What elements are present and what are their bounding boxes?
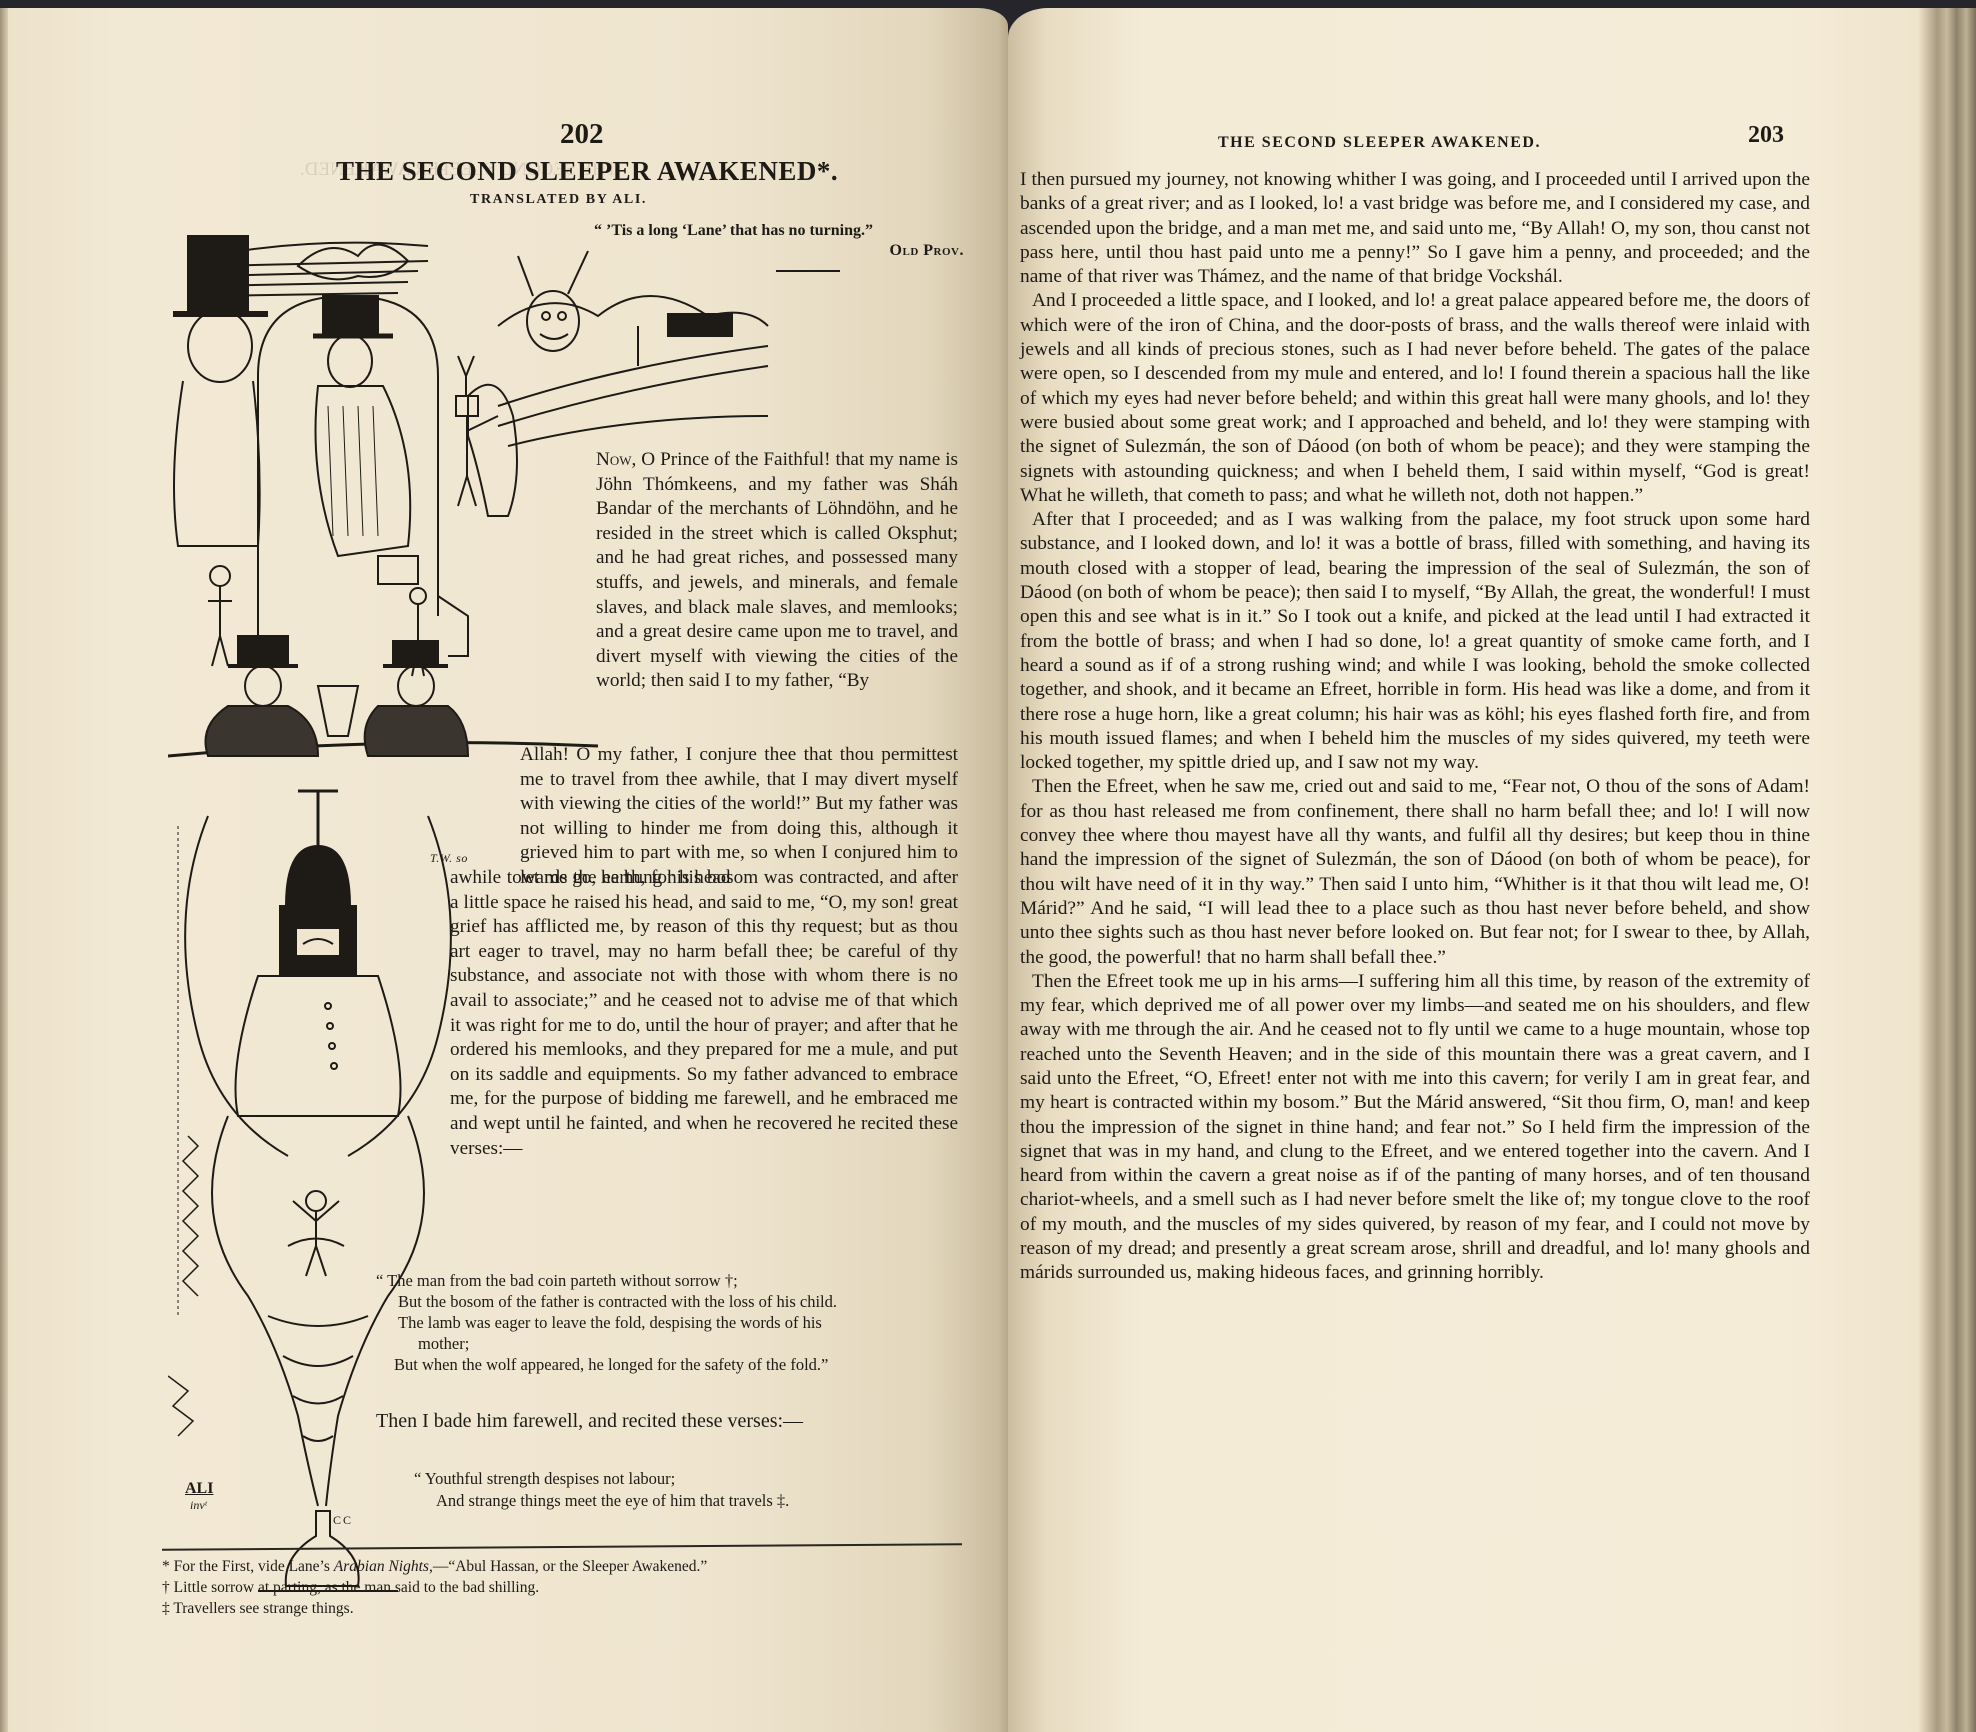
- verse-line: But when the wolf appeared, he longed fo…: [376, 1354, 956, 1375]
- paragraph: I then pursued my journey, not knowing w…: [1020, 168, 1810, 289]
- illustrator-signature: T.W. so: [430, 851, 468, 866]
- footnote-3: ‡ Travellers see strange things.: [162, 1598, 982, 1619]
- right-page: THE SECOND SLEEPER AWAKENED. 203 I then …: [1008, 8, 1976, 1732]
- chapter-subtitle: TRANSLATED BY ALI.: [470, 192, 647, 208]
- body-text: I then pursued my journey, not knowing w…: [1020, 168, 1810, 1286]
- verse-line: “ Youthful strength despises not labour;: [414, 1468, 789, 1490]
- page-number: 203: [1748, 122, 1784, 149]
- footnote-mark: ‡: [162, 1600, 170, 1617]
- footnote-italic-title: Arabian Nights: [334, 1558, 429, 1575]
- paragraph: Then the Efreet took me up in his arms—I…: [1020, 970, 1810, 1286]
- paragraph: After that I proceeded; and as I was wal…: [1020, 508, 1810, 775]
- chapter-title: THE SECOND SLEEPER AWAKENED*.: [336, 156, 838, 187]
- body-text-column-c: awhile towards the earth, for his bosom …: [450, 866, 958, 1161]
- left-page: THE SECOND SLEEPER AWAKENED. 202 THE SEC…: [0, 8, 1008, 1732]
- footnotes: * For the First, vide Lane’s Arabian Nig…: [162, 1556, 982, 1619]
- verse-line: But the bosom of the father is contracte…: [376, 1291, 956, 1312]
- footnote-mark: *.: [817, 156, 838, 186]
- page-edge: [0, 8, 8, 1732]
- footnote-2: † Little sorrow at parting, as the man s…: [162, 1577, 982, 1598]
- body-text: O Prince of the Faithful! that my name i…: [596, 449, 958, 691]
- body-text: awhile towards the earth, for his bosom …: [450, 866, 958, 1161]
- footnote-1: * For the First, vide Lane’s Arabian Nig…: [162, 1556, 982, 1577]
- farewell-line: Then I bade him farewell, and recited th…: [376, 1410, 803, 1433]
- verse-line: And strange things meet the eye of him t…: [414, 1490, 789, 1512]
- paragraph: Then the Efreet, when he saw me, cried o…: [1020, 775, 1810, 969]
- verse-block-2: “ Youthful strength despises not labour;…: [414, 1468, 789, 1512]
- opening-word: Now,: [596, 449, 636, 470]
- verse-line: “ The man from the bad coin parteth with…: [376, 1270, 956, 1291]
- chapter-title-text: THE SECOND SLEEPER AWAKENED: [336, 156, 817, 186]
- footnote-mark: †: [162, 1579, 170, 1596]
- footnote-text: Travellers see strange things.: [170, 1600, 354, 1617]
- paragraph: And I proceeded a little space, and I lo…: [1020, 289, 1810, 508]
- footnote-mark: *: [162, 1558, 170, 1575]
- running-head: THE SECOND SLEEPER AWAKENED.: [1218, 134, 1541, 152]
- footnote-text: For the First, vide Lane’s: [170, 1558, 334, 1575]
- page-number: 202: [560, 118, 604, 151]
- verse-line: mother;: [376, 1333, 956, 1354]
- verse-line: The lamb was eager to leave the fold, de…: [376, 1312, 956, 1333]
- verse-block-1: “ The man from the bad coin parteth with…: [376, 1270, 956, 1375]
- engraver-signature: CC: [333, 1513, 353, 1528]
- artist-inv-mark: invᵗ: [190, 1498, 207, 1513]
- artist-signature: ALI: [185, 1480, 213, 1498]
- footnote-text: Little sorrow at parting, as the man sai…: [170, 1579, 539, 1596]
- footnote-text: ,—“Abul Hassan, or the Sleeper Awakened.…: [429, 1558, 707, 1575]
- body-text-column-a: Now, O Prince of the Faithful! that my n…: [596, 448, 958, 694]
